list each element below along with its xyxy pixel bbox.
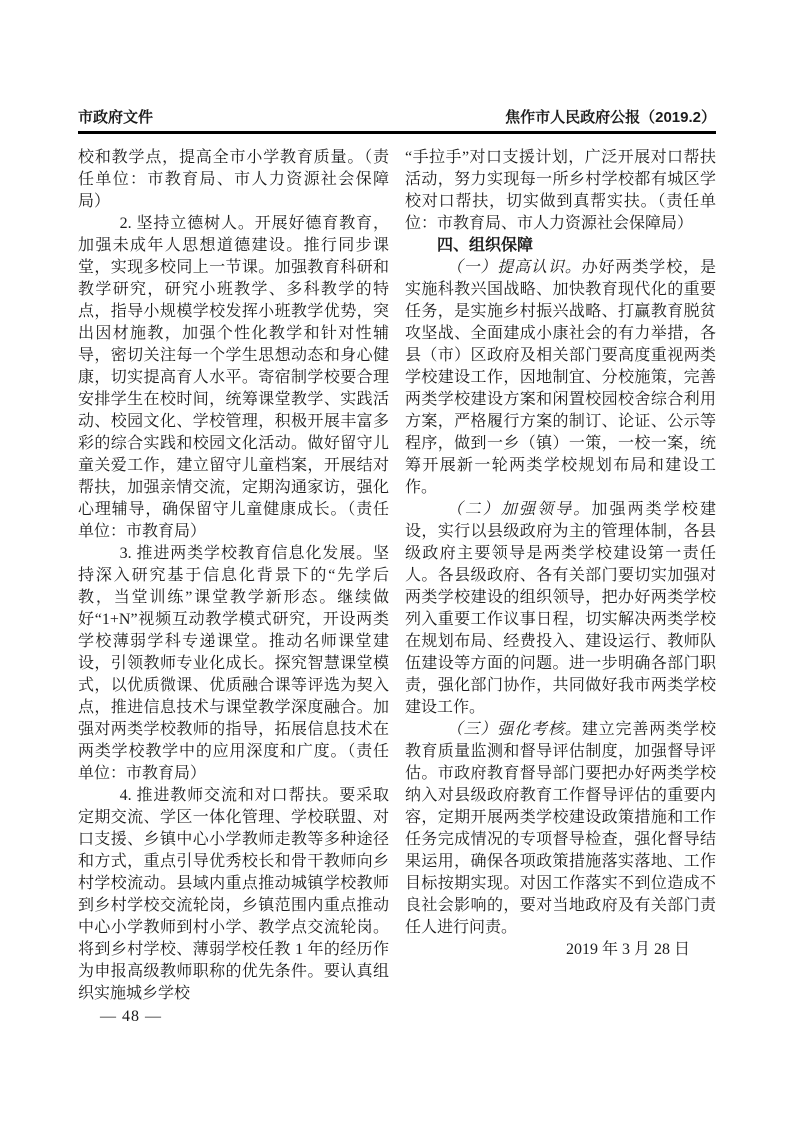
document-body: 校和教学点，提高全市小学教育质量。（责任单位：市教育局、市人力资源社会保障局）2… [78, 147, 716, 1005]
paragraph-item-4: 4. 推进教师交流和对口帮扶。要采取定期交流、学区一体化管理、学校联盟、对口支援… [78, 785, 389, 1005]
paragraph-continuation: 校和教学点，提高全市小学教育质量。（责任单位：市教育局、市人力资源社会保障局） [78, 147, 389, 213]
paragraph-clause-1: （一）提高认识。办好两类学校，是实施科教兴国战略、加快教育现代化的重要任务，是实… [405, 257, 716, 499]
gazette-page: 市政府文件 焦作市人民政府公报（2019.2） 校和教学点，提高全市小学教育质量… [0, 0, 793, 1122]
paragraph-item-2: 2. 坚持立德树人。开展好德育教育，加强未成年人思想道德建设。推行同步课堂，实现… [78, 213, 389, 543]
running-head-left: 市政府文件 [78, 108, 153, 128]
page-number: — 48 — [100, 1008, 162, 1025]
paragraph-clause-3: （三）强化考核。建立完善两类学校教育质量监测和督导评估制度，加强督导评估。市政府… [405, 719, 716, 939]
left-column: 校和教学点，提高全市小学教育质量。（责任单位：市教育局、市人力资源社会保障局）2… [78, 147, 389, 1005]
paragraph-continuation: “手拉手”对口支援计划，广泛开展对口帮扶活动，努力实现每一所乡村学校都有城区学校… [405, 147, 716, 235]
page-footer: — 48 — [100, 1006, 162, 1028]
section-heading-4: 四、组织保障 [405, 235, 716, 257]
right-column: “手拉手”对口支援计划，广泛开展对口帮扶活动，努力实现每一所乡村学校都有城区学校… [405, 147, 716, 1005]
running-head: 市政府文件 焦作市人民政府公报（2019.2） [78, 108, 716, 128]
paragraph-item-3: 3. 推进两类学校教育信息化发展。坚持深入研究基于信息化背景下的“先学后教，当堂… [78, 543, 389, 785]
document-date: 2019 年 3 月 28 日 [405, 939, 716, 961]
paragraph-clause-2: （二）加强领导。加强两类学校建设，实行以县级政府为主的管理体制，各县级政府主要领… [405, 499, 716, 719]
clause-lead: （三）强化考核。 [447, 721, 582, 738]
header-rule [78, 131, 716, 134]
running-head-right: 焦作市人民政府公报（2019.2） [505, 108, 716, 128]
clause-lead: （一）提高认识。 [447, 259, 582, 276]
clause-lead: （二）加强领导。 [447, 501, 592, 518]
